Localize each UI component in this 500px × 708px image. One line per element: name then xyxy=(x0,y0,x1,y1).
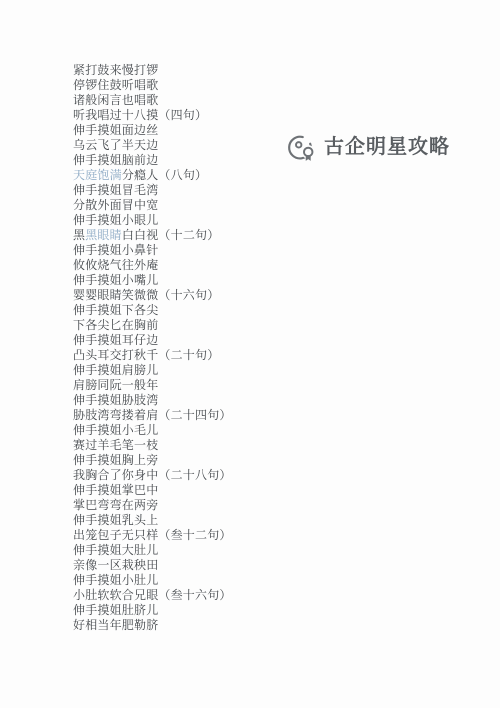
poem-text: 伸手摸姐面边丝 xyxy=(73,123,158,137)
poem-line: 伸手摸姐肩膀儿 xyxy=(73,363,232,378)
poem-line: 伸手摸姐大肚儿 xyxy=(73,543,232,558)
poem-text: 黑 xyxy=(73,228,85,242)
poem-line: 伸手摸姐耳仔边 xyxy=(73,333,232,348)
poem-text: 听我唱过十八摸（四句） xyxy=(73,108,207,122)
poem-line: 伸手摸姐下各尖 xyxy=(73,303,232,318)
poem-text: 伸手摸姐小嘴儿 xyxy=(73,273,158,287)
poem-text: 乌云飞了半天边 xyxy=(73,138,158,152)
poem-text: 亲像一区栽秧田 xyxy=(73,558,158,572)
poem-text: 攸攸烧气往外庵 xyxy=(73,258,158,272)
poem-line: 伸手摸姐乳头上 xyxy=(73,513,232,528)
poem-text: 分散外面冒中宽 xyxy=(73,198,158,212)
poem-line: 婴婴眼睛笑微微（十六句） xyxy=(73,288,232,303)
poem-line: 肩膀同阮一般年 xyxy=(73,378,232,393)
poem-line: 天庭饱满分瘾人（八句） xyxy=(73,168,232,183)
poem-text: 婴婴眼睛笑微微（十六句） xyxy=(73,288,219,302)
poem-line: 赛过羊毛笔一枝 xyxy=(73,438,232,453)
poem-text: 伸手摸姐脑前边 xyxy=(73,153,158,167)
poem-line: 伸手摸姐小嘴儿 xyxy=(73,273,232,288)
poem-text: 伸手摸姐下各尖 xyxy=(73,303,158,317)
poem-line: 停锣住鼓听唱歌 xyxy=(73,78,232,93)
poem-text: 伸手摸姐胁肢湾 xyxy=(73,393,158,407)
poem-text: 伸手摸姐小肚儿 xyxy=(73,573,158,587)
poem-line: 紧打鼓来慢打锣 xyxy=(73,63,232,78)
award-disc-icon xyxy=(286,132,317,163)
poem-line: 凸头耳交打秋千（二十句） xyxy=(73,348,232,363)
poem-text: 伸手摸姐小鼻针 xyxy=(73,243,158,257)
poem-text: 伸手摸姐胸上旁 xyxy=(73,453,158,467)
poem-line: 小肚软软合兄眼（叁十六句） xyxy=(73,588,232,603)
poem-line: 出笼包子无只样（叁十二句） xyxy=(73,528,232,543)
poem: 紧打鼓来慢打锣停锣住鼓听唱歌诸般闲言也唱歌听我唱过十八摸（四句）伸手摸姐面边丝乌… xyxy=(73,63,232,633)
poem-text: 诸般闲言也唱歌 xyxy=(73,93,158,107)
poem-text: 紧打鼓来慢打锣 xyxy=(73,63,158,77)
poem-line: 伸手摸姐胁肢湾 xyxy=(73,393,232,408)
poem-text: 伸手摸姐耳仔边 xyxy=(73,333,158,347)
poem-text: 下各尖匕在胸前 xyxy=(73,318,158,332)
poem-line: 伸手摸姐小肚儿 xyxy=(73,573,232,588)
poem-line: 伸手摸姐面边丝 xyxy=(73,123,232,138)
poem-text: 肩膀同阮一般年 xyxy=(73,378,158,392)
poem-line: 伸手摸姐肚脐儿 xyxy=(73,603,232,618)
poem-text: 胁肢湾弯搂着肩（二十四句） xyxy=(73,408,232,422)
poem-text: 凸头耳交打秋千（二十句） xyxy=(73,348,219,362)
poem-line: 分散外面冒中宽 xyxy=(73,198,232,213)
poem-line: 掌巴弯弯在两旁 xyxy=(73,498,232,513)
poem-text: 伸手摸姐掌巴中 xyxy=(73,483,158,497)
poem-text: 伸手摸姐肩膀儿 xyxy=(73,363,158,377)
poem-text: 伸手摸姐小毛儿 xyxy=(73,423,158,437)
linked-term[interactable]: 天庭饱满 xyxy=(73,168,122,182)
poem-text: 白白视（十二句） xyxy=(122,228,220,242)
poem-line: 伸手摸姐小毛儿 xyxy=(73,423,232,438)
poem-text: 伸手摸姐乳头上 xyxy=(73,513,158,527)
watermark-label: 古企明星攻略 xyxy=(324,132,450,163)
poem-line: 攸攸烧气往外庵 xyxy=(73,258,232,273)
poem-line: 我胸合了你身中（二十八句） xyxy=(73,468,232,483)
article-page: 紧打鼓来慢打锣停锣住鼓听唱歌诸般闲言也唱歌听我唱过十八摸（四句）伸手摸姐面边丝乌… xyxy=(0,0,500,708)
poem-line: 听我唱过十八摸（四句） xyxy=(73,108,232,123)
poem-line: 亲像一区栽秧田 xyxy=(73,558,232,573)
poem-line: 伸手摸姐掌巴中 xyxy=(73,483,232,498)
poem-text: 伸手摸姐大肚儿 xyxy=(73,543,158,557)
poem-line: 好相当年肥勒脐 xyxy=(73,618,232,633)
poem-line: 乌云飞了半天边 xyxy=(73,138,232,153)
linked-term[interactable]: 黑眼睛 xyxy=(85,228,122,242)
poem-line: 下各尖匕在胸前 xyxy=(73,318,232,333)
poem-line: 伸手摸姐脑前边 xyxy=(73,153,232,168)
poem-text: 好相当年肥勒脐 xyxy=(73,618,158,632)
poem-text: 伸手摸姐肚脐儿 xyxy=(73,603,158,617)
poem-text: 掌巴弯弯在两旁 xyxy=(73,498,158,512)
watermark: 古企明星攻略 xyxy=(286,132,450,163)
poem-text: 赛过羊毛笔一枝 xyxy=(73,438,158,452)
poem-line: 伸手摸姐小鼻针 xyxy=(73,243,232,258)
poem-line: 诸般闲言也唱歌 xyxy=(73,93,232,108)
poem-text: 小肚软软合兄眼（叁十六句） xyxy=(73,588,232,602)
poem-text: 伸手摸姐冒毛湾 xyxy=(73,183,158,197)
poem-text: 出笼包子无只样（叁十二句） xyxy=(73,528,232,542)
poem-text: 伸手摸姐小眼儿 xyxy=(73,213,158,227)
poem-line: 伸手摸姐小眼儿 xyxy=(73,213,232,228)
poem-text: 停锣住鼓听唱歌 xyxy=(73,78,158,92)
poem-line: 黑黑眼睛白白视（十二句） xyxy=(73,228,232,243)
poem-text: 分瘾人（八句） xyxy=(122,168,207,182)
poem-line: 伸手摸姐冒毛湾 xyxy=(73,183,232,198)
poem-line: 伸手摸姐胸上旁 xyxy=(73,453,232,468)
poem-line: 胁肢湾弯搂着肩（二十四句） xyxy=(73,408,232,423)
poem-text: 我胸合了你身中（二十八句） xyxy=(73,468,232,482)
